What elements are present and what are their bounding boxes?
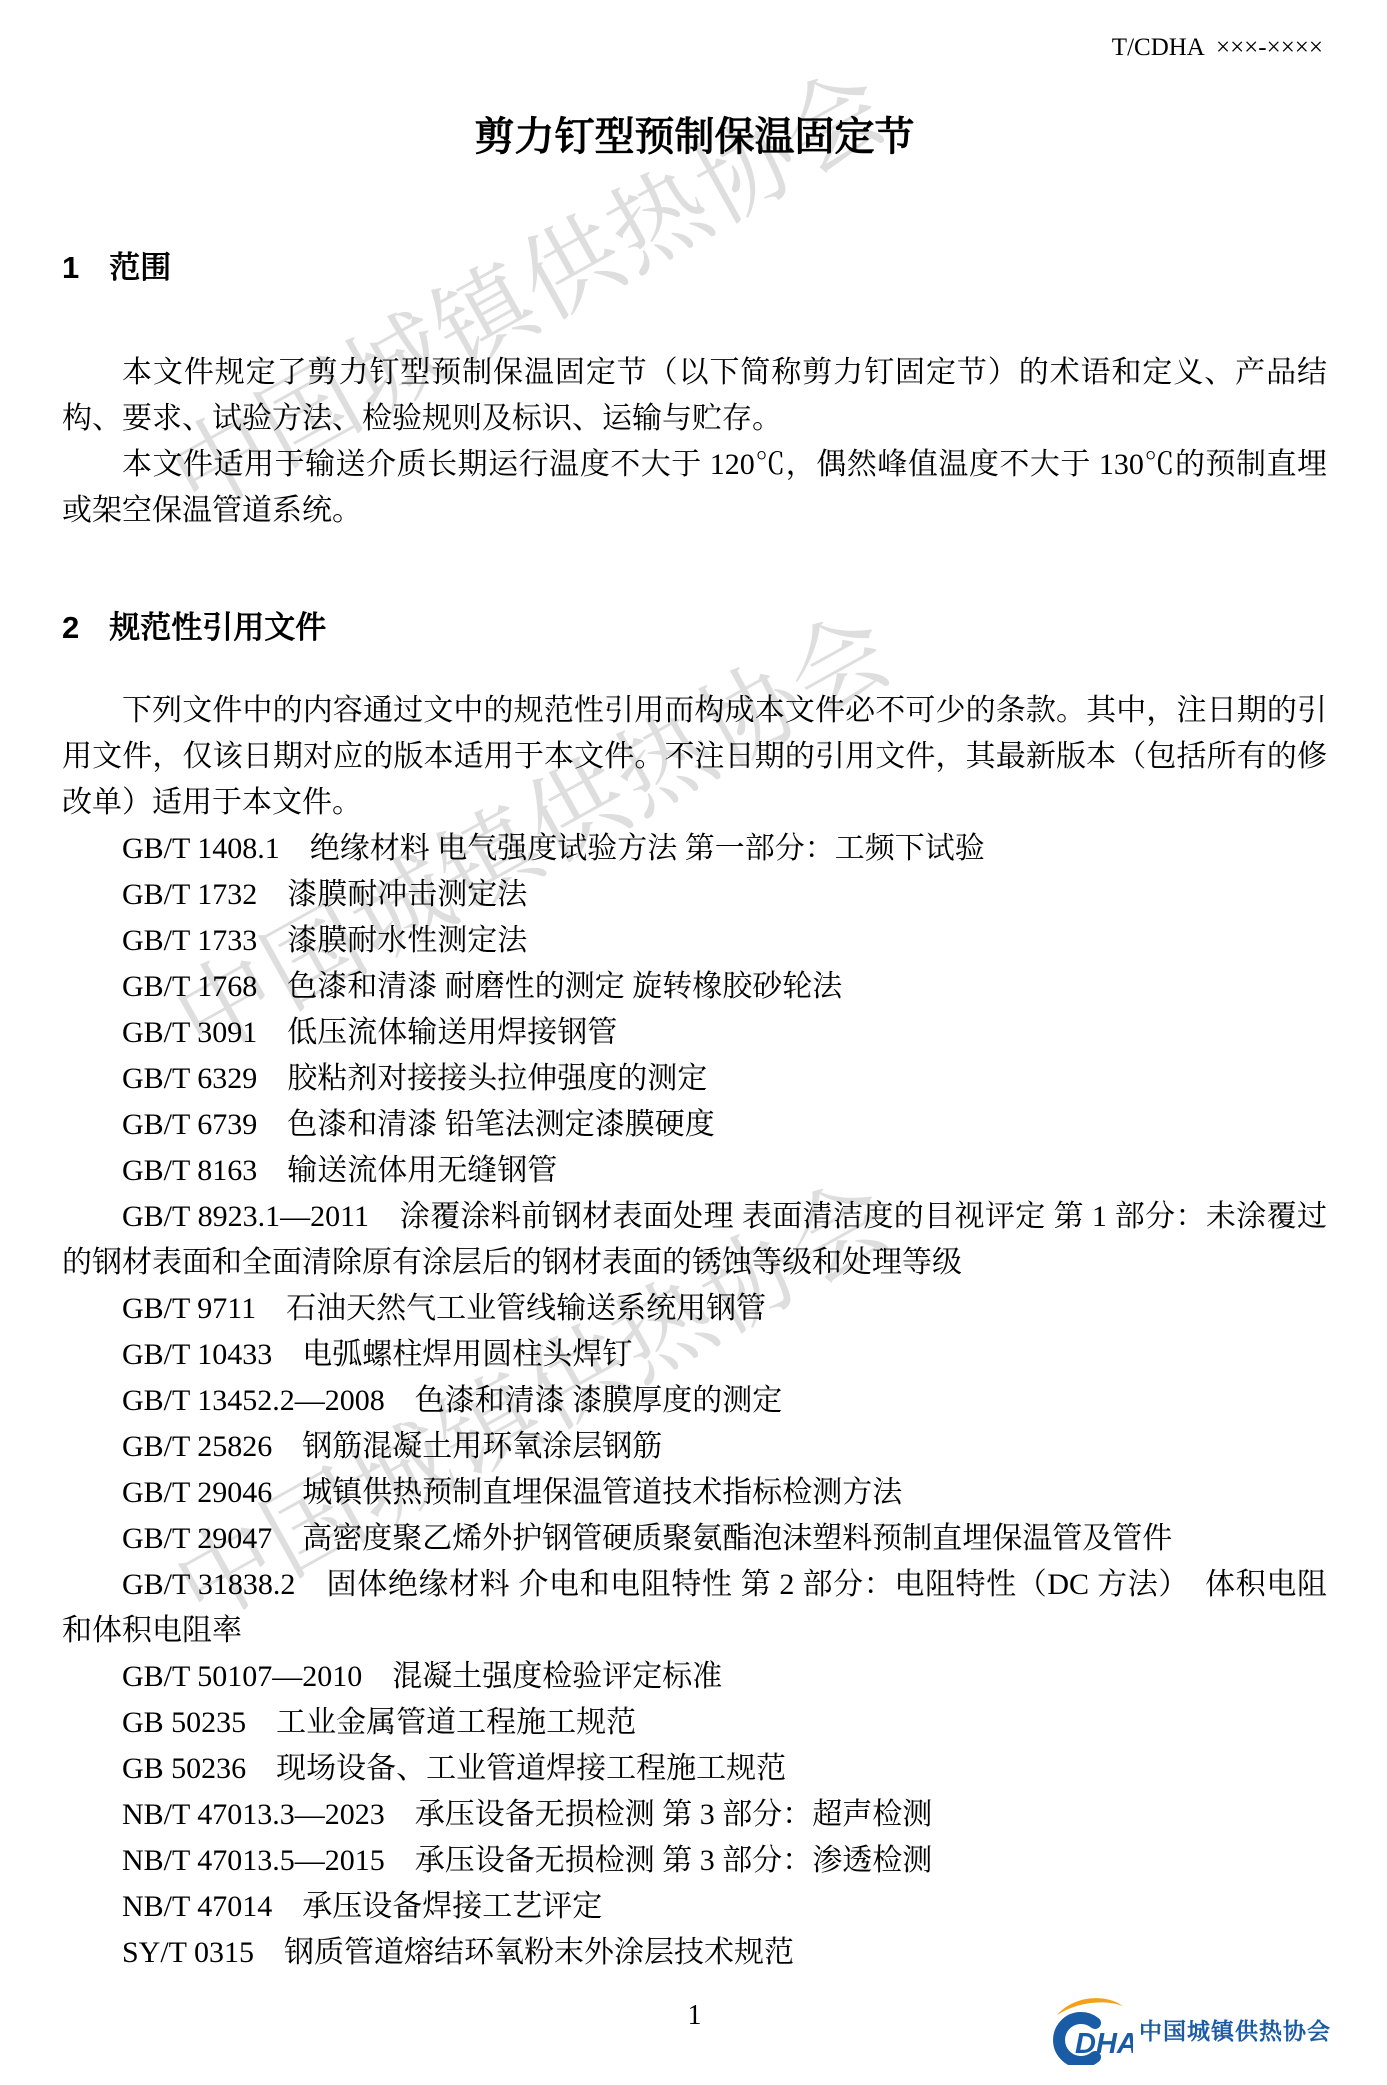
reference-item: NB/T 47013.5—2015 承压设备无损检测 第 3 部分：渗透检测 (62, 1838, 1327, 1884)
association-name: 中国城镇供热协会 (1139, 2013, 1331, 2046)
scope-paragraph: 本文件规定了剪力钉型预制保温固定节（以下简称剪力钉固定节）的术语和定义、产品结构… (62, 350, 1327, 442)
reference-item: GB/T 29046 城镇供热预制直埋保温管道技术指标检测方法 (62, 1470, 1327, 1516)
reference-item: GB/T 8923.1—2011 涂覆涂料前钢材表面处理 表面清洁度的目视评定 … (62, 1194, 1327, 1286)
reference-item: GB/T 6739 色漆和清漆 铅笔法测定漆膜硬度 (62, 1102, 1327, 1148)
reference-item: GB/T 50107—2010 混凝土强度检验评定标准 (62, 1654, 1327, 1700)
section-label: 范围 (109, 250, 171, 285)
section-label: 规范性引用文件 (109, 610, 326, 645)
cdha-logo-acronym: DHA (1075, 2028, 1133, 2060)
reference-item: NB/T 47014 承压设备焊接工艺评定 (62, 1884, 1327, 1930)
section-heading-scope: 1范围 (62, 248, 1327, 288)
reference-item: GB/T 9711 石油天然气工业管线输送系统用钢管 (62, 1286, 1327, 1332)
reference-item: GB/T 1408.1 绝缘材料 电气强度试验方法 第一部分：工频下试验 (62, 826, 1327, 872)
reference-item: NB/T 47013.3—2023 承压设备无损检测 第 3 部分：超声检测 (62, 1792, 1327, 1838)
reference-item: GB/T 29047 高密度聚乙烯外护钢管硬质聚氨酯泡沫塑料预制直埋保温管及管件 (62, 1516, 1327, 1562)
document-body: 剪力钉型预制保温固定节 1范围 本文件规定了剪力钉型预制保温固定节（以下简称剪力… (62, 0, 1327, 1976)
reference-item: GB/T 1733 漆膜耐水性测定法 (62, 918, 1327, 964)
reference-item: GB/T 10433 电弧螺柱焊用圆柱头焊钉 (62, 1332, 1327, 1378)
standard-code-header: T/CDHA ×××-×××× (1112, 34, 1323, 62)
reference-item: GB/T 8163 输送流体用无缝钢管 (62, 1148, 1327, 1194)
reference-item: GB 50236 现场设备、工业管道焊接工程施工规范 (62, 1746, 1327, 1792)
section-heading-normative-references: 2规范性引用文件 (62, 608, 1327, 648)
reference-item: GB/T 31838.2 固体绝缘材料 介电和电阻特性 第 2 部分：电阻特性（… (62, 1562, 1327, 1654)
reference-item: GB/T 13452.2—2008 色漆和清漆 漆膜厚度的测定 (62, 1378, 1327, 1424)
association-logo-block: DHA 中国城镇供热协会 (1041, 1993, 1331, 2065)
section-number: 1 (62, 250, 79, 285)
reference-item: GB/T 1768 色漆和清漆 耐磨性的测定 旋转橡胶砂轮法 (62, 964, 1327, 1010)
document-page: 中国城镇供热协会 中国城镇供热协会 中国城镇供热协会 T/CDHA ×××-××… (0, 0, 1387, 2085)
reference-item: GB/T 1732 漆膜耐冲击测定法 (62, 872, 1327, 918)
document-title: 剪力钉型预制保温固定节 (62, 112, 1327, 162)
reference-item: GB 50235 工业金属管道工程施工规范 (62, 1700, 1327, 1746)
scope-paragraph: 本文件适用于输送介质长期运行温度不大于 120℃，偶然峰值温度不大于 130℃的… (62, 442, 1327, 534)
reference-item: GB/T 25826 钢筋混凝土用环氧涂层钢筋 (62, 1424, 1327, 1470)
reference-item: GB/T 3091 低压流体输送用焊接钢管 (62, 1010, 1327, 1056)
cdha-logo-icon: DHA (1041, 1993, 1133, 2065)
references-intro-paragraph: 下列文件中的内容通过文中的规范性引用而构成本文件必不可少的条款。其中，注日期的引… (62, 688, 1327, 826)
references-list: GB/T 1408.1 绝缘材料 电气强度试验方法 第一部分：工频下试验GB/T… (62, 826, 1327, 1976)
reference-item: GB/T 6329 胶粘剂对接接头拉伸强度的测定 (62, 1056, 1327, 1102)
reference-item: SY/T 0315 钢质管道熔结环氧粉末外涂层技术规范 (62, 1930, 1327, 1976)
section-number: 2 (62, 610, 79, 645)
